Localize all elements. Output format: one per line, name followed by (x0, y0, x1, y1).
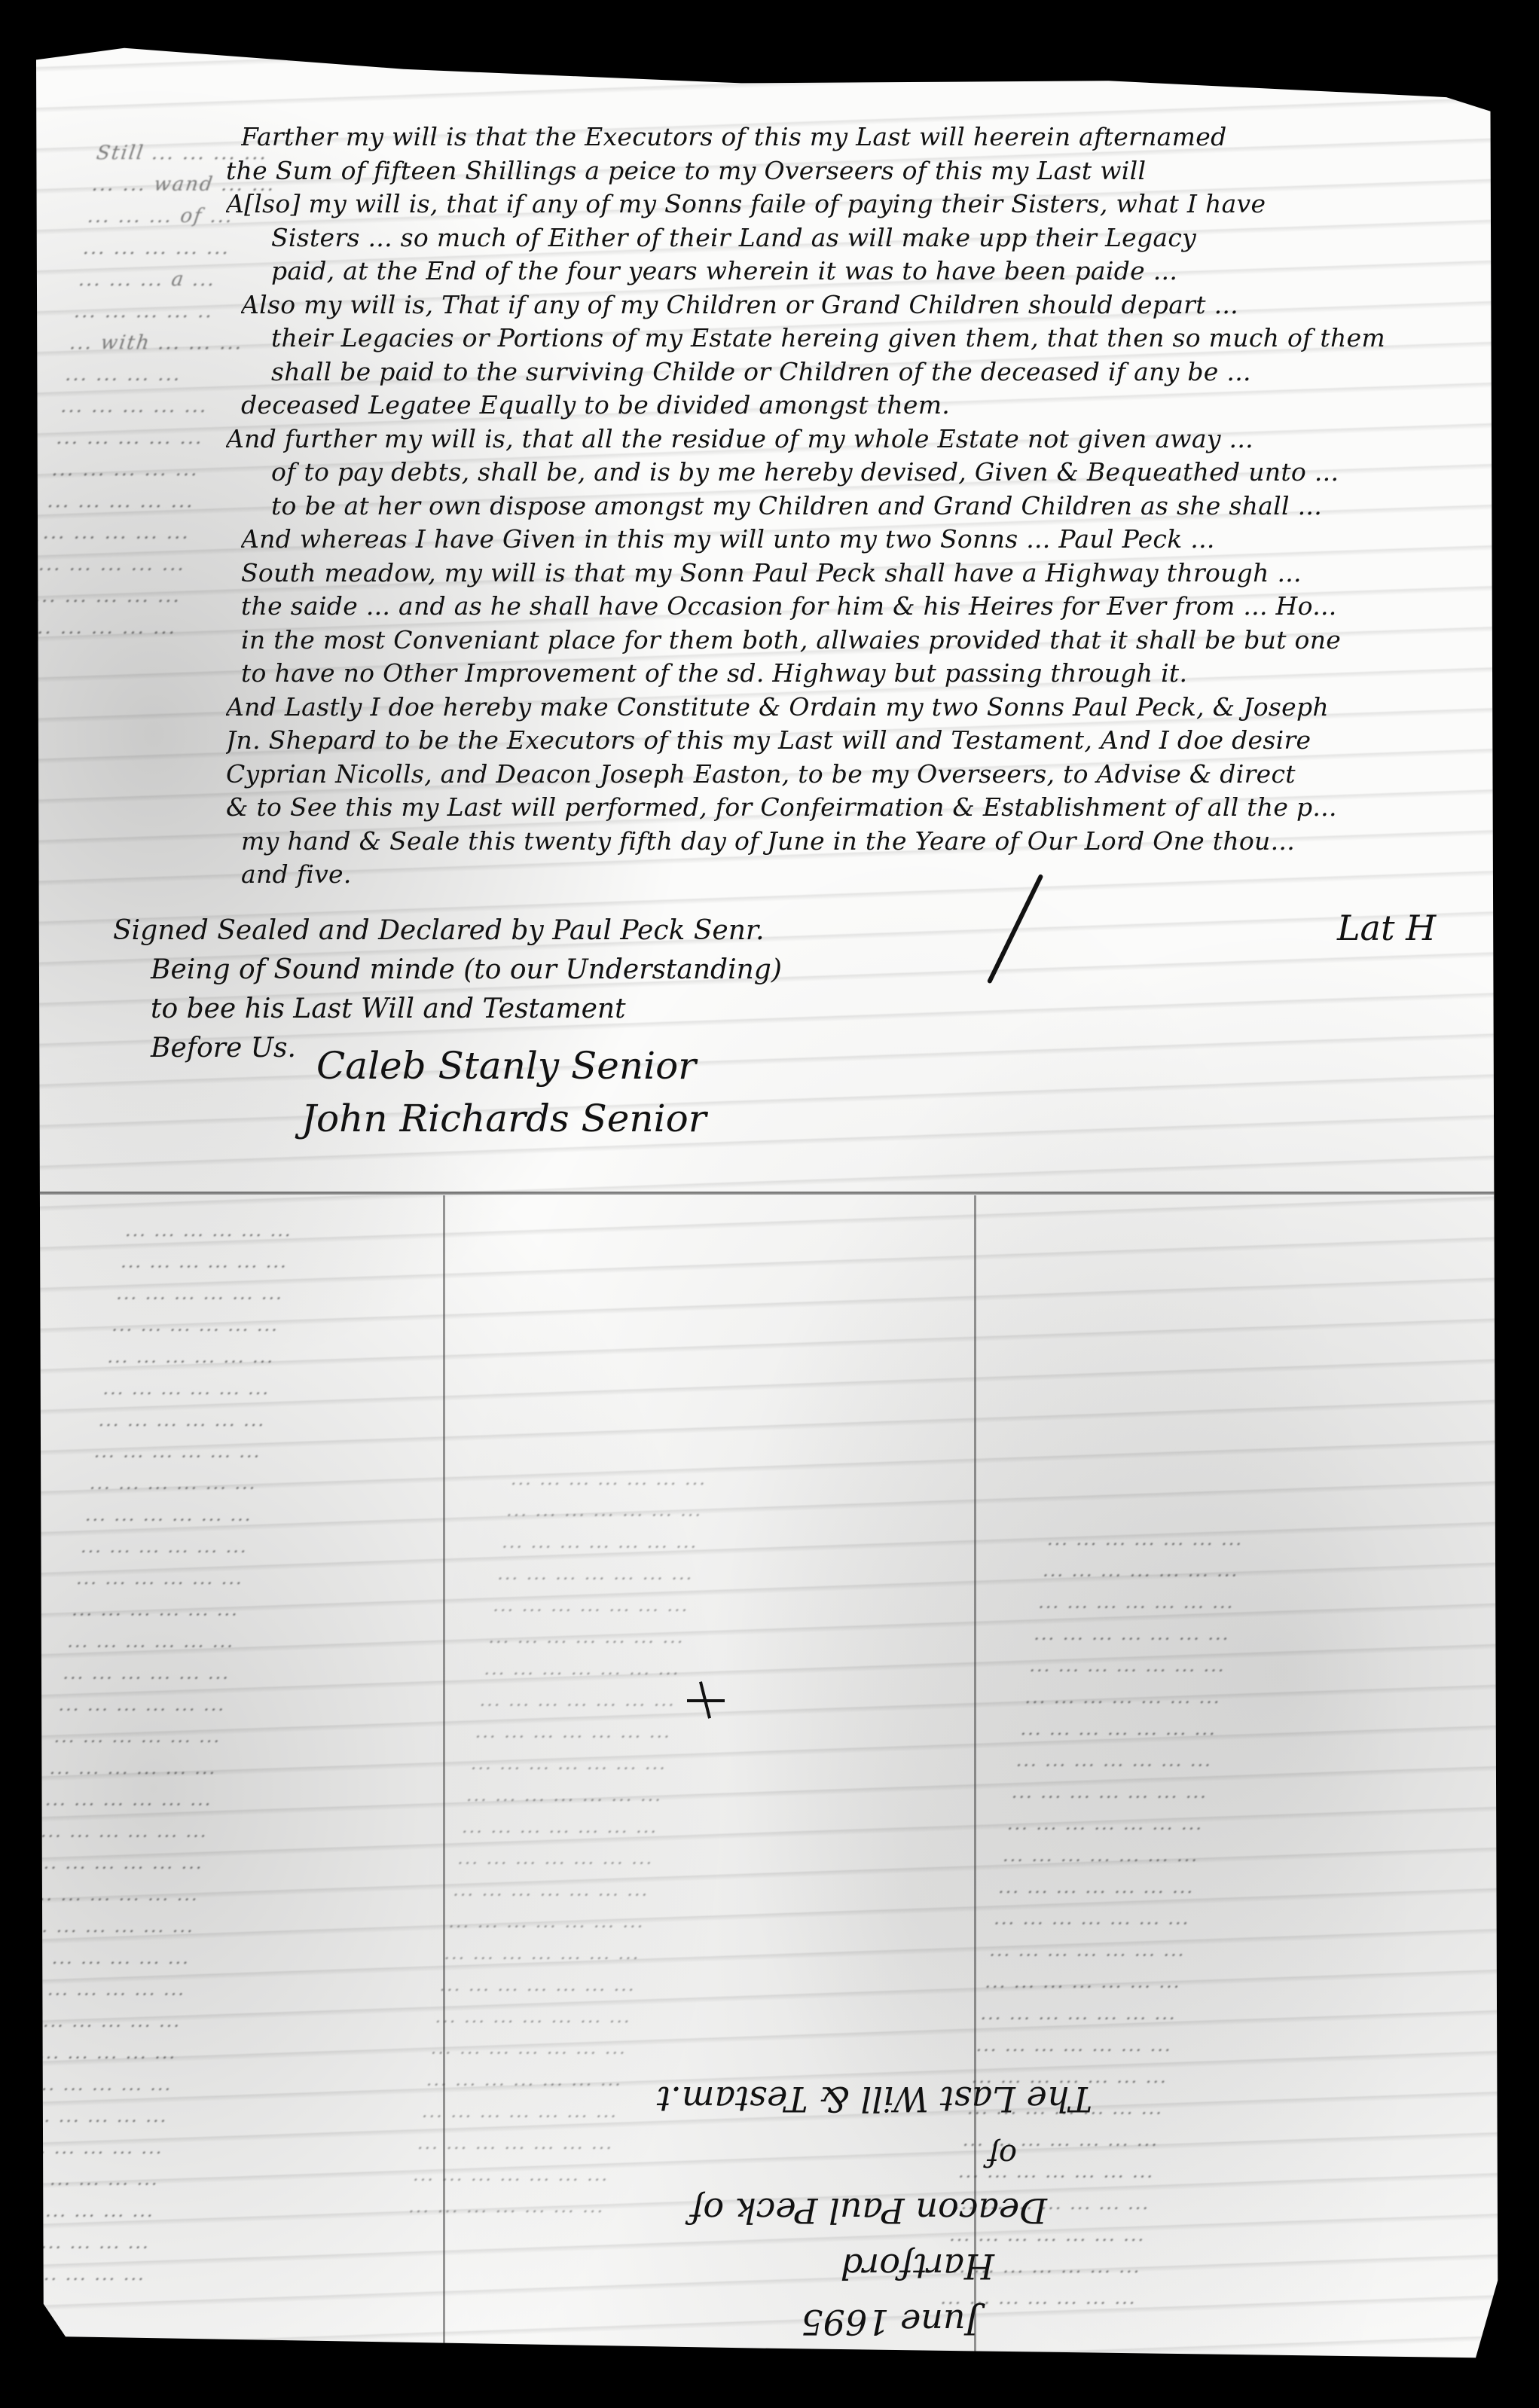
bleed-through-line: ... ... ... ... ... ... ... (1028, 1650, 1522, 1681)
bleed-through-line: ... ... ... ... ... ... (61, 1657, 420, 1689)
will-line: in the most Conveniant place for them bo… (241, 624, 1476, 658)
bleed-through-line: ... ... ... ... ... ... ... (1001, 1839, 1495, 1871)
will-line: & to See this my Last will performed, fo… (226, 791, 1476, 825)
will-line: their Legacies or Portions of my Estate … (241, 322, 1476, 356)
bleed-through-line: ... ... ... ... ... ... (119, 1246, 478, 1277)
horizontal-fold-line (36, 1192, 1505, 1195)
bleed-through-line: ... ... ... ... ... ... ... (1041, 1555, 1535, 1586)
attestation-line: Being of Sound minde (to our Understandi… (113, 951, 904, 990)
will-line: to have no Other Improvement of the sd. … (241, 657, 1476, 691)
bleed-through-line: ... ... ... ... ... ... (39, 1815, 398, 1847)
bleed-through-line: ... ... ... ... ... ... (124, 1214, 482, 1246)
bleed-through-line: ... ... ... ... ... ... (53, 1720, 411, 1752)
bleed-through-line: ... ... ... ... ... ... (21, 1942, 380, 1973)
bleed-through-line: ... ... ... ... ... ... (12, 2005, 371, 2037)
will-line: the saide ... and as he shall have Occas… (241, 590, 1476, 624)
will-line: deceased Legatee Equally to be divided a… (241, 389, 1476, 423)
will-line: Cyprian Nicolls, and Deacon Joseph Easto… (226, 758, 1476, 792)
bleed-through-line: ... ... ... ... ... ... ... (491, 1589, 985, 1621)
bleed-through-line: ... ... ... ... ... ... ... (478, 1684, 973, 1716)
cross-mark (687, 1681, 725, 1719)
bleed-through-line: ... ... ... ... ... ... ... (1015, 1744, 1509, 1776)
bleed-through-line: ... ... ... ... ... ... (44, 1784, 402, 1815)
bleed-through-line: ... ... ... ... ... ... (35, 1847, 393, 1878)
will-line: A[lso] my will is, that if any of my Son… (226, 188, 1476, 221)
scan-frame: Still ... ... ... ...... ... wand ... ..… (0, 0, 1539, 2408)
bleed-through-line: ... ... ... ... ... ... (17, 1973, 375, 2005)
bleed-through-line: ... ... ... ... ... ... ... (979, 1998, 1473, 2029)
endorsement-line: June 1695 (783, 2294, 1100, 2350)
bleed-through-line: ... ... ... ... ... ... ... (1037, 1586, 1531, 1618)
bleed-through-line: ... ... ... ... ... ... (8, 2037, 367, 2068)
will-line: the Sum of fifteen Shillings a peice to … (226, 154, 1476, 188)
bleed-through-line: ... ... ... ... ... ... (101, 1372, 460, 1404)
will-line: to be at her own dispose amongst my Chil… (241, 490, 1476, 523)
bleed-through-line: ... ... ... ... ... ... (48, 1752, 407, 1784)
bleed-through-line: ... ... ... ... ... ... (56, 1689, 415, 1720)
bleed-through-line: ... ... ... ... ... ... ... (456, 1842, 950, 1874)
bleed-through-line: ... ... ... ... ... ... (70, 1594, 429, 1625)
bleed-through-line: ... ... ... ... ... (28, 612, 251, 643)
bleed-through-line: ... ... ... ... ... ... ... (460, 1811, 954, 1842)
bleed-through-line: ... ... ... ... ... ... ... (434, 2001, 928, 2032)
bleed-through-line: ... ... ... ... ... ... ... (474, 1716, 968, 1747)
seal-mark: Lat H (1337, 908, 1436, 948)
bleed-through-line: ... ... ... ... ... ... (75, 1562, 433, 1594)
bleed-through-line: ... ... ... ... ... ... ... (1010, 1776, 1504, 1808)
bleed-through-line: ... ... ... ... ... ... ... (500, 1526, 994, 1558)
bleed-through-line: ... ... ... ... ... ... (105, 1341, 464, 1372)
bleed-through-line: ... ... ... ... ... ... ... (988, 1934, 1482, 1966)
bleed-through-line: ... ... ... ... ... ... ... (496, 1558, 990, 1589)
bleed-through-line: ... ... ... ... ... ... ... (1019, 1713, 1513, 1744)
bleed-through-line: ... ... ... ... ... ... (4, 2068, 362, 2100)
will-line: and five. (241, 858, 1476, 892)
bleed-through-line: ... ... ... ... ... ... ... (1032, 1618, 1526, 1650)
bleed-through-line: ... ... ... ... ... ... ... (451, 1874, 945, 1906)
bleed-through-line: ... ... ... ... ... ... ... (983, 1966, 1477, 1998)
will-line: Also my will is, That if any of my Child… (241, 288, 1476, 322)
attestation-line: Signed Sealed and Declared by Paul Peck … (113, 911, 904, 951)
bleed-through-line: ... ... ... ... ... ... (88, 1467, 447, 1499)
bleed-through-line: ... ... ... ... ... ... (0, 2163, 349, 2195)
will-line: shall be paid to the surviving Childe or… (241, 356, 1476, 389)
bleed-through-bottom-left: ... ... ... ... ... ...... ... ... ... .… (0, 1214, 482, 2306)
will-line: of to pay debts, shall be, and is by me … (241, 456, 1476, 490)
will-line: South meadow, my will is that my Sonn Pa… (241, 557, 1476, 591)
will-line: paid, at the End of the four years where… (241, 255, 1476, 288)
endorsement-line: Hartford (783, 2239, 1100, 2294)
will-line: my hand & Seale this twenty fifth day of… (241, 825, 1476, 859)
endorsement-line: Deacon Paul Peck of (783, 2183, 1100, 2239)
bleed-through-line: ... ... ... ... ... ... ... (997, 1871, 1491, 1903)
will-line: Sisters ... so much of Either of their L… (241, 221, 1476, 255)
bleed-through-line: ... ... ... ... ... (50, 453, 273, 485)
bleed-through-line: ... ... ... ... ... ... (0, 2258, 335, 2290)
bleed-through-line: ... ... ... ... ... (32, 580, 255, 612)
bleed-through-line: ... ... ... ... ... ... ... (469, 1747, 963, 1779)
bleed-through-line: ... ... ... ... ... ... (0, 2132, 353, 2163)
will-line: Jn. Shepard to be the Executors of this … (226, 724, 1476, 758)
bleed-through-line: ... ... ... ... ... ... ... (465, 1779, 959, 1811)
witness-signature-john-richards: John Richards Senior (301, 1092, 707, 1145)
bleed-through-line: ... ... ... ... ... ... ... (438, 1969, 932, 2001)
bleed-through-line: ... ... ... ... ... ... ... (509, 1463, 1003, 1494)
will-body-text: Farther my will is that the Executors of… (241, 121, 1476, 892)
bleed-through-line: ... ... ... ... ... ... (0, 2226, 340, 2258)
bleed-through-line: ... ... ... ... ... ... (79, 1531, 438, 1562)
will-line: And Lastly I doe hereby make Constitute … (226, 691, 1476, 725)
bleed-through-line: ... ... ... ... ... ... (0, 2195, 344, 2226)
will-line: And further my will is, that all the res… (226, 423, 1476, 456)
bleed-through-line: ... ... ... ... ... ... ... (442, 1937, 936, 1969)
bleed-through-line: ... ... ... ... ... ... ... (1023, 1681, 1517, 1713)
bleed-through-line: ... ... ... ... ... ... ... (447, 1906, 941, 1937)
will-line: Farther my will is that the Executors of… (241, 121, 1476, 154)
bleed-through-line: ... ... ... ... ... ... (110, 1309, 469, 1341)
bleed-through-line: ... ... ... ... ... (37, 548, 260, 580)
bleed-through-line: ... ... ... ... ... (41, 517, 264, 548)
bleed-through-line: ... ... ... ... ... (45, 485, 268, 517)
attestation-line: to bee his Last Will and Testament (113, 990, 904, 1029)
vertical-fold-line-left (443, 1195, 445, 2374)
witness-signatures: Caleb Stanly Senior John Richards Senior (316, 1039, 707, 1145)
bleed-through-line: ... ... ... ... ... ... (26, 1910, 384, 1942)
bleed-through-line: ... ... ... ... ... ... (115, 1277, 473, 1309)
bleed-through-line: ... ... ... ... ... ... (66, 1625, 424, 1657)
bleed-through-line: ... ... ... ... ... ... (97, 1404, 456, 1436)
endorsement-line: The Last Will & Testam.t (783, 2071, 1100, 2127)
endorsement-line: of (783, 2127, 1100, 2183)
bleed-through-line: ... ... ... ... ... ... (0, 2100, 358, 2132)
bleed-through-line: ... ... ... ... ... ... (30, 1878, 389, 1910)
will-line: And whereas I have Given in this my will… (241, 523, 1476, 557)
bleed-through-line: ... ... ... ... ... ... ... (487, 1621, 981, 1653)
bleed-through-line: ... ... ... ... ... ... ... (505, 1494, 999, 1526)
bleed-through-line: ... ... ... ... ... ... ... (1046, 1523, 1539, 1555)
witness-signature-caleb-stanly: Caleb Stanly Senior (316, 1039, 707, 1092)
bleed-through-line: ... ... ... ... ... ... (84, 1499, 442, 1531)
bleed-through-line: ... ... ... ... ... ... ... (1006, 1808, 1500, 1839)
docket-endorsement-upside-down: June 1695 Hartford Deacon Paul Peck of o… (783, 2034, 1100, 2350)
bleed-through-line: ... ... ... ... ... ... ... (992, 1903, 1486, 1934)
bleed-through-line: ... ... ... ... ... ... ... (482, 1653, 976, 1684)
bleed-through-line: ... ... ... ... ... ... (93, 1436, 451, 1467)
